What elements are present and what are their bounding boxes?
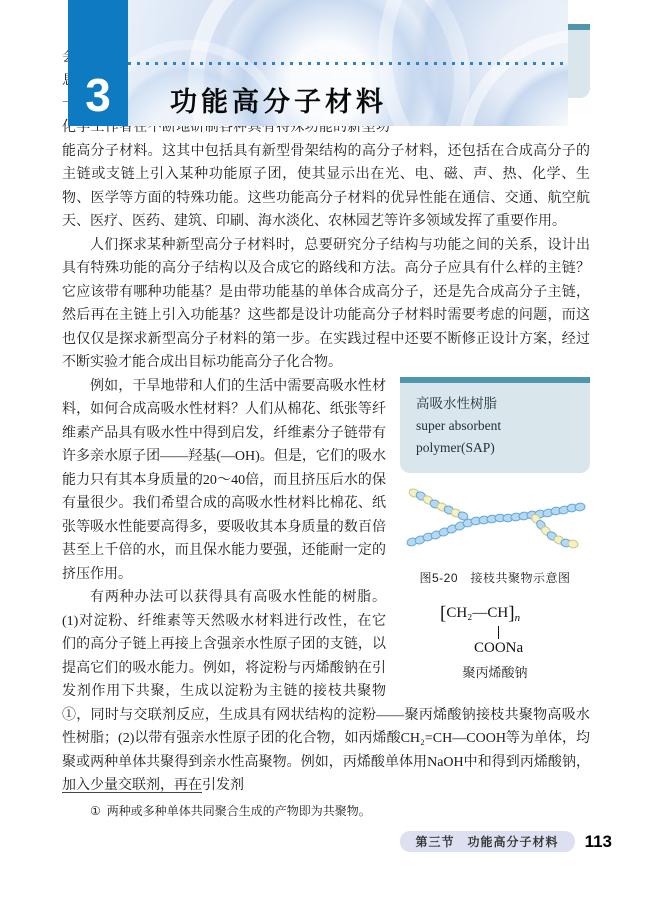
term-text: 高吸水性树脂: [416, 393, 578, 415]
chapter-number-box: 3: [68, 0, 128, 126]
footer-section-tab: 第三节 功能高分子材料: [400, 831, 575, 852]
dotted-divider-line: [128, 62, 568, 65]
subscript-n: n: [515, 612, 521, 624]
page-number: 113: [585, 832, 612, 852]
footnote-marker: ①: [90, 804, 101, 818]
page-footer: 第三节 功能高分子材料 113: [400, 831, 612, 852]
figure-5-20: 图5-20 接枝共聚物示意图: [400, 485, 590, 591]
side-group: COONa: [474, 640, 550, 657]
bond-line: [498, 626, 499, 639]
right-column: 高吸水性树脂 super absorbent polymer(SAP) 图5-2…: [400, 377, 590, 681]
graft-copolymer-illustration: [400, 485, 590, 565]
textbook-page: 3 功能高分子材料 功能高分子 functional polymer 当今，人们…: [0, 0, 650, 911]
chapter-title: 功能高分子材料: [170, 80, 387, 119]
footnote-area: ①两种或多种单体共同聚合生成的产物即为共聚物。: [62, 792, 582, 820]
term-box-sap: 高吸水性树脂 super absorbent polymer(SAP): [400, 377, 590, 473]
paragraph-design: 人们探求某种新型高分子材料时，总要研究分子结构与功能之间的关系，设计出具有特殊功…: [62, 234, 590, 375]
figure-caption: 图5-20 接枝共聚物示意图: [400, 567, 590, 591]
footnote-divider: [62, 792, 202, 793]
body-text: 功能高分子 functional polymer 当今，人们将能源、材料和信息工…: [62, 22, 590, 798]
footnote-text: 两种或多种单体共同聚合生成的产物即为共聚物。: [107, 804, 371, 818]
formula-label: 聚丙烯酸钠: [452, 666, 538, 680]
repeat-unit: CH₂—CH: [446, 605, 508, 621]
term-text: super absorbent: [416, 415, 578, 437]
chemical-formula-sodium-polyacrylate: [CH₂—CH]n COONa 聚丙烯酸钠: [440, 604, 550, 681]
chapter-number: 3: [85, 72, 111, 126]
term-text: polymer(SAP): [416, 437, 578, 459]
